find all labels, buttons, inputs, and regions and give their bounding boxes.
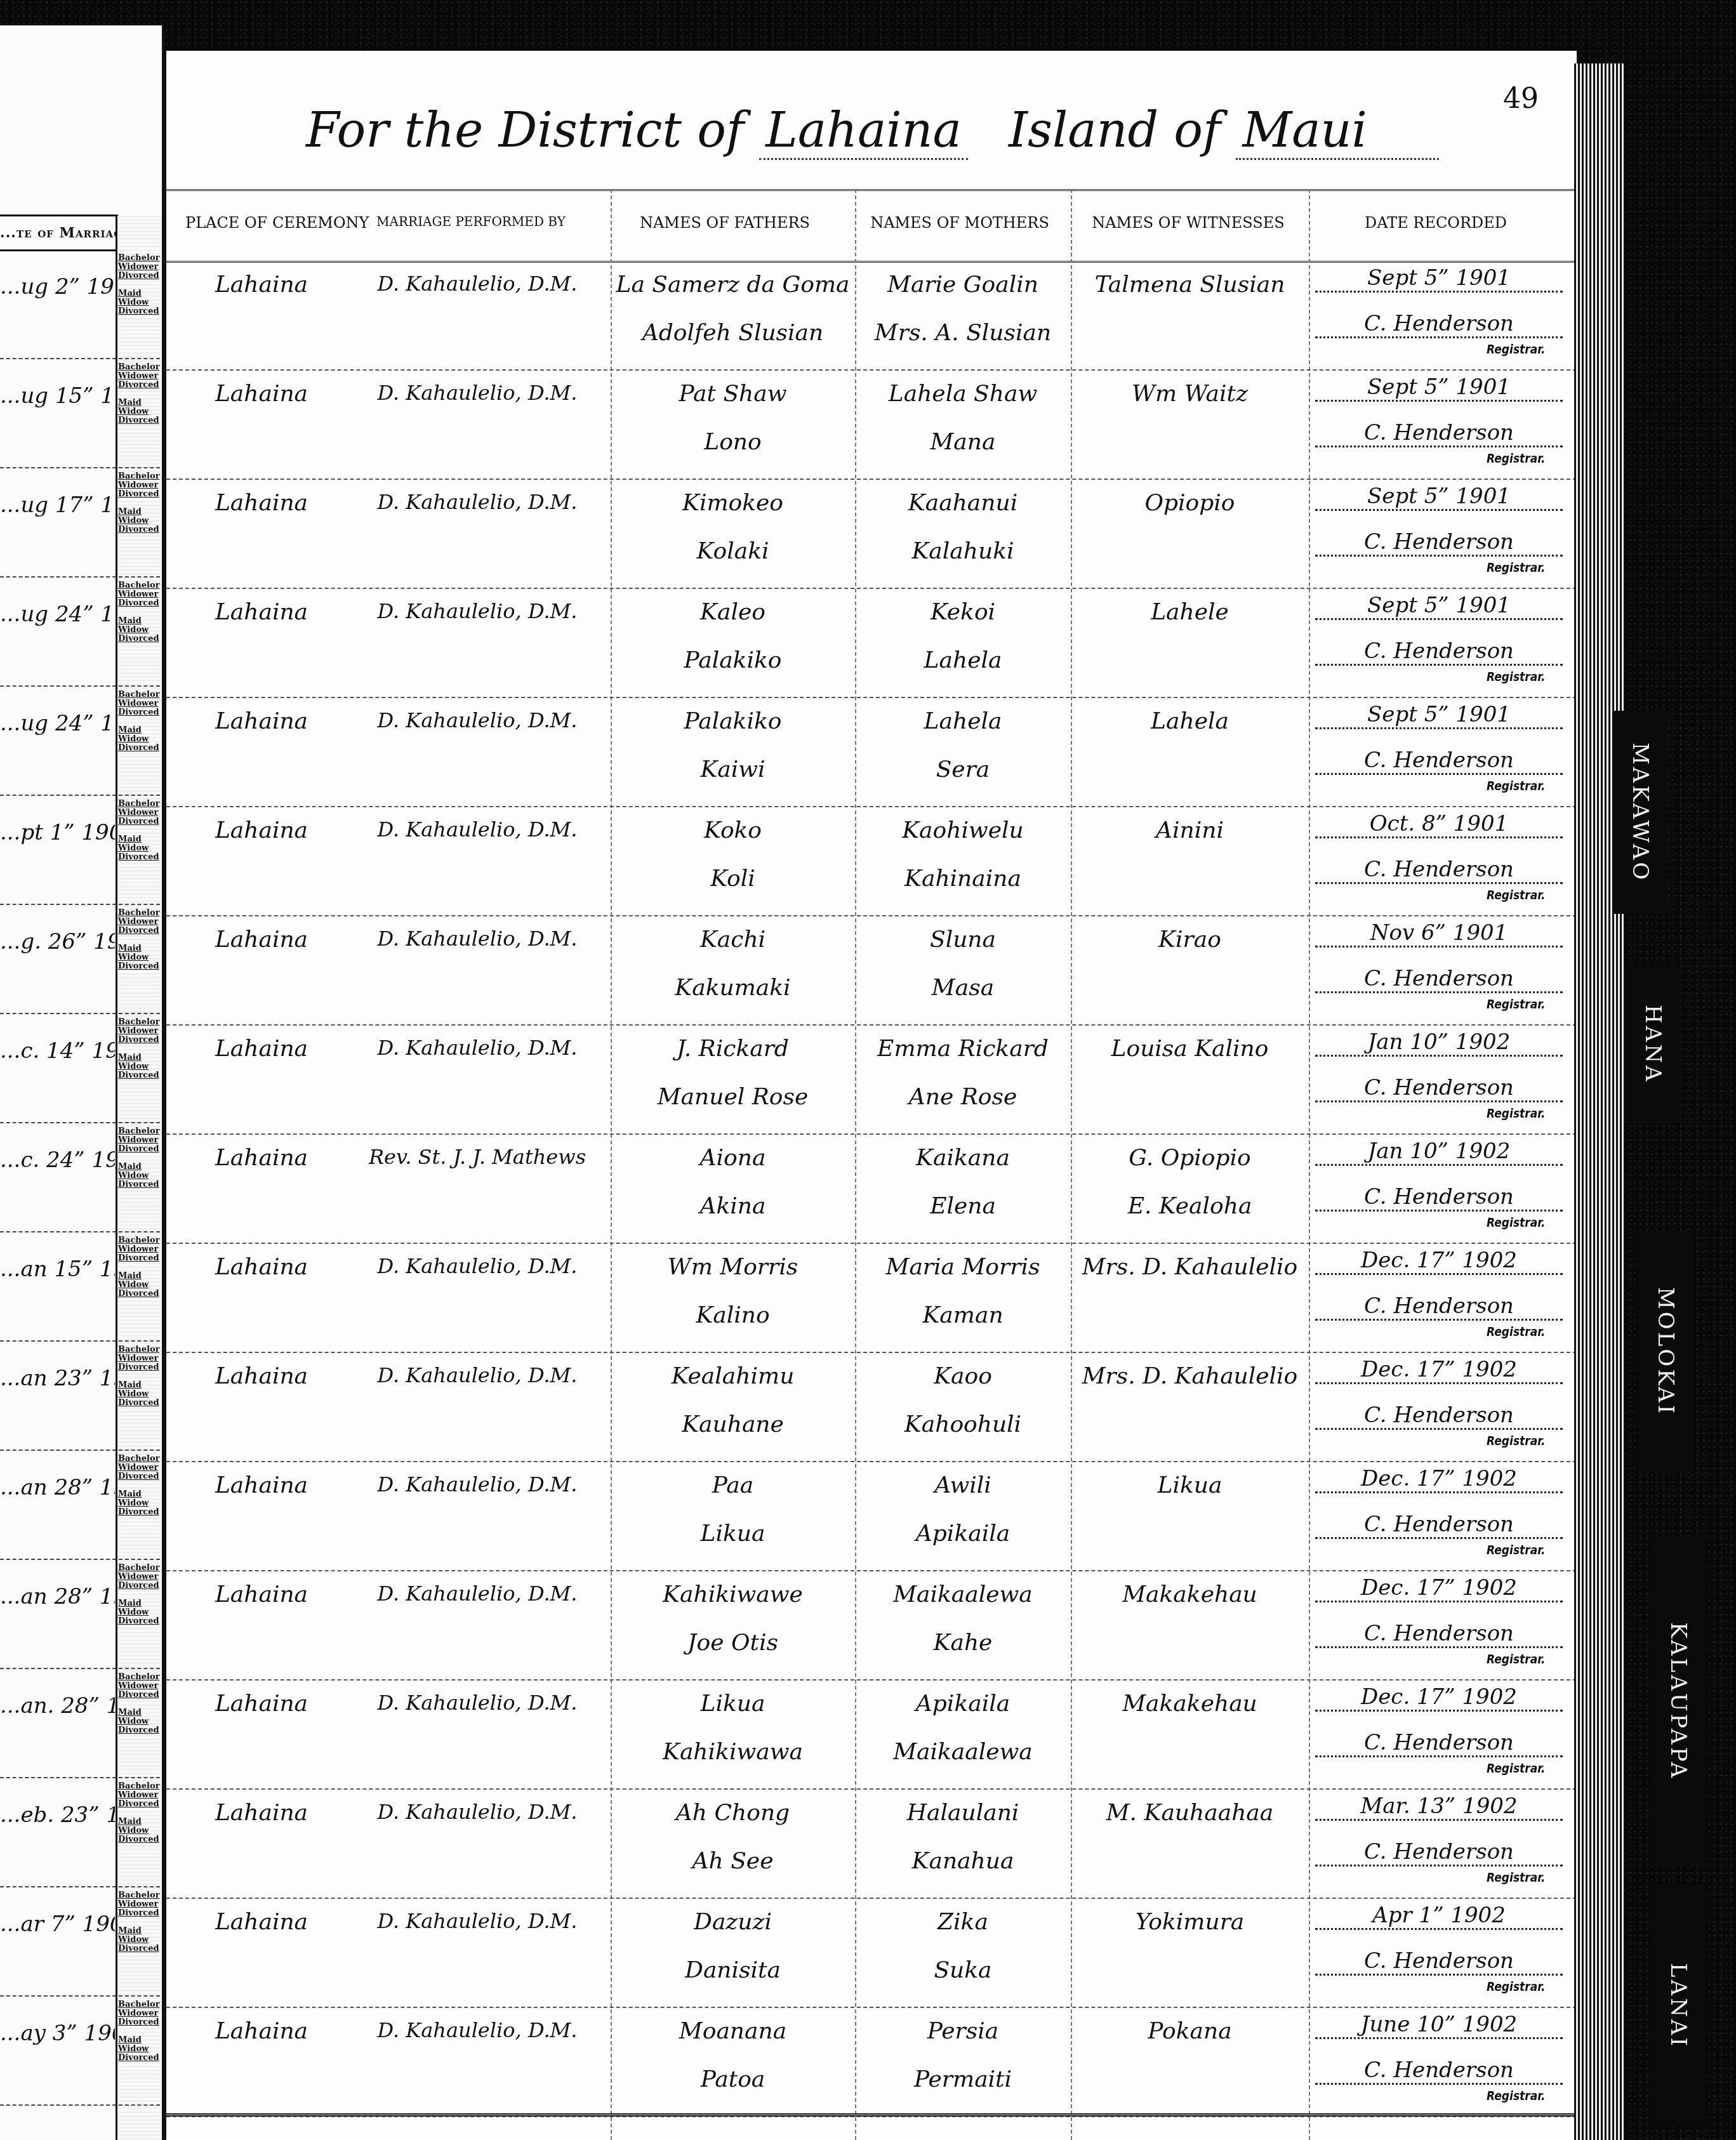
district-tab-lanai[interactable]: LANAI [1650, 1885, 1706, 2126]
groom-status-option: Divorced [118, 708, 159, 717]
registrar-label: Registrar. [1487, 1980, 1545, 1994]
registrar-label: Registrar. [1487, 2089, 1545, 2103]
date-recorded: Dec. 17” 1902 [1315, 1575, 1563, 1602]
spacer [118, 1918, 159, 1927]
witness-name: Kirao [1074, 927, 1306, 953]
left-page-row: ...an. 28” 1902BachelorWidowerDivorcedMa… [0, 1668, 160, 1778]
groom-status-option: Widower [118, 263, 159, 272]
marital-status-labels: BachelorWidowerDivorcedMaidWidowDivorced [118, 1127, 159, 1189]
bride-status-option: Maid [118, 1599, 159, 1608]
spacer [118, 608, 159, 617]
bride-mother-name: Mrs. A. Slusian [858, 320, 1068, 346]
date-recorded: June 10” 1902 [1315, 2012, 1563, 2039]
bride-father-name: Palakiko [614, 647, 852, 673]
district-tab-label: KALAUPAPA [1666, 1622, 1691, 1780]
bride-mother-name: Kanahua [858, 1848, 1068, 1874]
groom-status-option: Widower [118, 918, 159, 927]
groom-status-option: Bachelor [118, 1018, 159, 1027]
page-number: 49 [1503, 83, 1539, 115]
bride-status-option: Maid [118, 1163, 159, 1172]
groom-status-option: Bachelor [118, 254, 159, 263]
date-recorded: Nov 6” 1901 [1315, 920, 1563, 948]
bride-status-option: Divorced [118, 1180, 159, 1189]
groom-father-name: La Samerz da Goma [614, 272, 852, 298]
place-of-ceremony: Lahaina [192, 272, 331, 298]
performed-by: D. Kahaulelio, D.M. [350, 1472, 604, 1496]
performed-by: D. Kahaulelio, D.M. [350, 272, 604, 296]
marriage-date: ...ug 24” 1901 [0, 602, 115, 627]
left-page-row: ...ug 24” 1901BachelorWidowerDivorcedMai… [0, 685, 160, 796]
groom-status-option: Divorced [118, 599, 159, 608]
groom-status-option: Bachelor [118, 2000, 159, 2009]
date-recorded: Jan 10” 1902 [1315, 1029, 1563, 1057]
groom-status-option: Widower [118, 1791, 159, 1800]
groom-father-name: Dazuzi [614, 1909, 852, 1935]
groom-mother-name: Apikaila [858, 1691, 1068, 1717]
bride-status-option: Widow [118, 1390, 159, 1399]
groom-status-option: Divorced [118, 927, 159, 935]
marital-status-labels: BachelorWidowerDivorcedMaidWidowDivorced [118, 1345, 159, 1408]
ledger-row: LahainaD. Kahaulelio, D.M.Pat ShawLonoLa… [166, 369, 1577, 480]
bride-status-option: Widow [118, 1608, 159, 1617]
bride-status-option: Widow [118, 407, 159, 416]
bride-father-name: Likua [614, 1521, 852, 1547]
registrar-label: Registrar. [1487, 670, 1545, 684]
bride-status-option: Divorced [118, 1290, 159, 1298]
ledger-page: For the District of Lahaina Island of Ma… [164, 51, 1577, 2140]
bride-mother-name: Elena [858, 1193, 1068, 1219]
date-recorded: Oct. 8” 1901 [1315, 811, 1563, 838]
groom-status-option: Bachelor [118, 1127, 159, 1136]
registrar-signature: C. Henderson [1315, 748, 1563, 775]
groom-father-name: J. Rickard [614, 1036, 852, 1062]
marriage-date: ...g. 26” 1901 [0, 929, 115, 954]
left-page-row: ...ug 2” 1901BachelorWidowerDivorcedMaid… [0, 249, 160, 359]
groom-status-option: Divorced [118, 381, 159, 390]
marriage-date: ...c. 24” 1901 [0, 1147, 115, 1173]
bride-status-option: Maid [118, 508, 159, 517]
performed-by: D. Kahaulelio, D.M. [350, 708, 604, 732]
bride-mother-name: Mana [858, 429, 1068, 455]
marital-status-labels: BachelorWidowerDivorcedMaidWidowDivorced [118, 690, 159, 753]
witness-name: Wm Waitz [1074, 381, 1306, 407]
groom-status-option: Widower [118, 1463, 159, 1472]
registrar-label: Registrar. [1487, 1434, 1545, 1448]
bride-mother-name: Kalahuki [858, 538, 1068, 564]
witness-name: Opiopio [1074, 490, 1306, 516]
place-of-ceremony: Lahaina [192, 1909, 331, 1935]
bride-status-option: Widow [118, 844, 159, 853]
left-page-row: ...ug 17” 1901BachelorWidowerDivorcedMai… [0, 467, 160, 578]
groom-mother-name: Kaahanui [858, 490, 1068, 516]
bride-status-option: Maid [118, 617, 159, 626]
bride-father-name: Ah See [614, 1848, 852, 1874]
groom-status-option: Widower [118, 1682, 159, 1691]
bride-status-option: Divorced [118, 2054, 159, 2063]
date-recorded: Apr 1” 1902 [1315, 1903, 1563, 1930]
bride-status-option: Divorced [118, 1071, 159, 1080]
registrar-signature: C. Henderson [1315, 966, 1563, 993]
district-tab-kalaupapa[interactable]: KALAUPAPA [1650, 1536, 1706, 1866]
performed-by: Rev. St. J. J. Mathews [350, 1145, 604, 1169]
groom-father-name: Kealahimu [614, 1363, 852, 1389]
bride-father-name: Lono [614, 429, 852, 455]
groom-status-option: Divorced [118, 1254, 159, 1263]
spacer [118, 1590, 159, 1599]
left-page-row: ...c. 24” 1901BachelorWidowerDivorcedMai… [0, 1122, 160, 1232]
marriage-date: ...an 28” 1902 [0, 1584, 115, 1609]
marriage-date: ...ug 17” 1901 [0, 492, 115, 518]
witness-name: Mrs. D. Kahaulelio [1074, 1363, 1306, 1389]
bride-status-option: Widow [118, 1717, 159, 1726]
place-of-ceremony: Lahaina [192, 1472, 331, 1498]
performed-by: D. Kahaulelio, D.M. [350, 490, 604, 514]
registrar-signature: C. Henderson [1315, 1403, 1563, 1430]
place-of-ceremony: Lahaina [192, 817, 331, 843]
bride-status-option: Divorced [118, 1399, 159, 1408]
bride-status-option: Maid [118, 835, 159, 844]
district-tab-label: MOLOKAI [1653, 1287, 1678, 1416]
witness-name: Pokana [1074, 2018, 1306, 2044]
registrar-signature: C. Henderson [1315, 311, 1563, 338]
bride-status-option: Widow [118, 1826, 159, 1835]
marriage-date: ...an. 28” 1902 [0, 1693, 115, 1719]
bride-status-option: Divorced [118, 853, 159, 862]
bride-status-option: Divorced [118, 962, 159, 971]
left-page-row: ...an 15” 1902BachelorWidowerDivorcedMai… [0, 1231, 160, 1342]
groom-status-option: Bachelor [118, 1455, 159, 1463]
left-page-row: ...an 28” 1902BachelorWidowerDivorcedMai… [0, 1559, 160, 1669]
bride-status-option: Divorced [118, 1945, 159, 1953]
witness-name: M. Kauhaahaa [1074, 1800, 1306, 1826]
registrar-signature: C. Henderson [1315, 1621, 1563, 1648]
performed-by: D. Kahaulelio, D.M. [350, 1363, 604, 1387]
witness-name: Mrs. D. Kahaulelio [1074, 1254, 1306, 1280]
marital-status-labels: BachelorWidowerDivorcedMaidWidowDivorced [118, 1891, 159, 1953]
left-page-row: ...ug 15” 1901BachelorWidowerDivorcedMai… [0, 358, 160, 468]
ledger-row: LahainaD. Kahaulelio, D.M.KokoKoliKaohiw… [166, 806, 1577, 916]
performed-by: D. Kahaulelio, D.M. [350, 1691, 604, 1715]
ledger-row: LahainaD. Kahaulelio, D.M.Ah ChongAh See… [166, 1788, 1577, 1899]
groom-mother-name: Emma Rickard [858, 1036, 1068, 1062]
performed-by: D. Kahaulelio, D.M. [350, 817, 604, 842]
groom-status-option: Divorced [118, 1472, 159, 1481]
registrar-signature: C. Henderson [1315, 1839, 1563, 1866]
groom-status-option: Widower [118, 1354, 159, 1363]
place-of-ceremony: Lahaina [192, 927, 331, 953]
header-witnesses: Names of Witnesses [1074, 214, 1302, 232]
place-of-ceremony: Lahaina [192, 1036, 331, 1062]
spacer [118, 935, 159, 944]
spacer [118, 2027, 159, 2036]
bride-mother-name: Permaiti [858, 2066, 1068, 2092]
district-tab-hana[interactable]: HANA [1625, 965, 1681, 1123]
groom-status-option: Bachelor [118, 1564, 159, 1573]
groom-status-option: Bachelor [118, 472, 159, 481]
header-fathers: Names of Fathers [611, 214, 839, 232]
groom-status-option: Bachelor [118, 909, 159, 918]
bride-status-option: Widow [118, 1281, 159, 1290]
registrar-label: Registrar. [1487, 1107, 1545, 1121]
bride-father-name: Kolaki [614, 538, 852, 564]
performed-by: D. Kahaulelio, D.M. [350, 927, 604, 951]
bride-status-option: Maid [118, 1272, 159, 1281]
groom-status-option: Bachelor [118, 1782, 159, 1791]
place-of-ceremony: Lahaina [192, 490, 331, 516]
bride-status-option: Divorced [118, 525, 159, 534]
performed-by: D. Kahaulelio, D.M. [350, 599, 604, 623]
bride-mother-name: Masa [858, 975, 1068, 1001]
bride-status-option: Widow [118, 735, 159, 744]
place-of-ceremony: Lahaina [192, 2018, 331, 2044]
bride-father-name: Kakumaki [614, 975, 852, 1001]
spacer [118, 1809, 159, 1818]
groom-status-option: Widower [118, 1573, 159, 1582]
bride-status-option: Maid [118, 399, 159, 407]
witness-name: Yokimura [1074, 1909, 1306, 1935]
groom-mother-name: Zika [858, 1909, 1068, 1935]
date-recorded: Sept 5” 1901 [1315, 593, 1563, 620]
bride-status-option: Widow [118, 1936, 159, 1945]
place-of-ceremony: Lahaina [192, 1145, 331, 1171]
district-tab-label: HANA [1640, 1005, 1666, 1084]
left-page-row: ...g. 26” 1901BachelorWidowerDivorcedMai… [0, 904, 160, 1014]
district-tab-molokai[interactable]: MOLOKAI [1638, 1231, 1693, 1472]
marital-status-labels: BachelorWidowerDivorcedMaidWidowDivorced [118, 909, 159, 971]
spacer [118, 281, 159, 289]
bride-status-option: Widow [118, 298, 159, 307]
bride-status-option: Divorced [118, 1726, 159, 1735]
bride-status-option: Maid [118, 2036, 159, 2045]
registrar-label: Registrar. [1487, 998, 1545, 1012]
left-page-row: ...an 23” 1902BachelorWidowerDivorcedMai… [0, 1340, 160, 1451]
groom-status-option: Divorced [118, 1145, 159, 1154]
ledger-row: LahainaD. Kahaulelio, D.M.KealahimuKauha… [166, 1352, 1577, 1462]
bride-status-option: Maid [118, 726, 159, 735]
bride-father-name: Kahikiwawa [614, 1739, 852, 1765]
bride-father-name: Kalino [614, 1302, 852, 1328]
marriage-date: ...pt 1” 1901 [0, 820, 115, 845]
performed-by: D. Kahaulelio, D.M. [350, 2018, 604, 2042]
groom-status-option: Widower [118, 1245, 159, 1254]
ledger-row: LahainaD. Kahaulelio, D.M.KachiKakumakiS… [166, 915, 1577, 1026]
groom-status-option: Divorced [118, 1691, 159, 1700]
groom-mother-name: Lahela Shaw [858, 381, 1068, 407]
registrar-signature: C. Henderson [1315, 638, 1563, 666]
marital-status-labels: BachelorWidowerDivorcedMaidWidowDivorced [118, 1564, 159, 1626]
witness-name: Likua [1074, 1472, 1306, 1498]
ledger-row: LahainaD. Kahaulelio, D.M.PaaLikuaAwiliA… [166, 1461, 1577, 1571]
groom-mother-name: Maikaalewa [858, 1582, 1068, 1608]
date-recorded: Dec. 17” 1902 [1315, 1357, 1563, 1384]
registrar-label: Registrar. [1487, 343, 1545, 357]
groom-mother-name: Halaulani [858, 1800, 1068, 1826]
date-recorded: Sept 5” 1901 [1315, 265, 1563, 293]
groom-mother-name: Kekoi [858, 599, 1068, 625]
left-page-row: ...ay 3” 1902BachelorWidowerDivorcedMaid… [0, 1995, 160, 2106]
groom-status-option: Widower [118, 481, 159, 490]
groom-status-option: Bachelor [118, 1673, 159, 1682]
groom-status-option: Bachelor [118, 1891, 159, 1900]
page-edges [1574, 63, 1625, 2140]
marriage-date: ...eb. 23” 1902 [0, 1802, 115, 1828]
district-tab-label: MAKAWAO [1627, 743, 1653, 882]
bride-status-option: Widow [118, 626, 159, 635]
date-recorded: Sept 5” 1901 [1315, 484, 1563, 511]
marriage-date: ...an 23” 1902 [0, 1366, 115, 1391]
groom-status-option: Divorced [118, 1909, 159, 1918]
performed-by: D. Kahaulelio, D.M. [350, 1909, 604, 1933]
performed-by: D. Kahaulelio, D.M. [350, 1036, 604, 1060]
bride-father-name: Danisita [614, 1957, 852, 1983]
bride-mother-name: Sera [858, 756, 1068, 783]
performed-by: D. Kahaulelio, D.M. [350, 381, 604, 405]
bride-status-option: Widow [118, 2045, 159, 2054]
header-date-recorded: Date Recorded [1322, 214, 1550, 232]
witness-name: Lahela [1074, 708, 1306, 734]
groom-mother-name: Awili [858, 1472, 1068, 1498]
groom-father-name: Kachi [614, 927, 852, 953]
registrar-label: Registrar. [1487, 1543, 1545, 1557]
header-mothers: Names of Mothers [852, 214, 1068, 232]
groom-mother-name: Maria Morris [858, 1254, 1068, 1280]
marital-status-labels: BachelorWidowerDivorcedMaidWidowDivorced [118, 1673, 159, 1735]
marriage-date: ...ug 2” 1901 [0, 274, 115, 300]
groom-status-option: Divorced [118, 1582, 159, 1590]
place-of-ceremony: Lahaina [192, 708, 331, 734]
groom-status-option: Widower [118, 372, 159, 381]
groom-father-name: Kimokeo [614, 490, 852, 516]
groom-status-option: Divorced [118, 2018, 159, 2027]
groom-status-option: Bachelor [118, 363, 159, 372]
bride-status-option: Maid [118, 1053, 159, 1062]
ledger-row: LahainaRev. St. J. J. MathewsAionaAkinaK… [166, 1133, 1577, 1244]
bottom-rule [166, 2113, 1577, 2117]
marital-status-labels: BachelorWidowerDivorcedMaidWidowDivorced [118, 1018, 159, 1080]
witness-name: Makakehau [1074, 1582, 1306, 1608]
groom-mother-name: Kaohiwelu [858, 817, 1068, 843]
spacer [118, 1372, 159, 1381]
spacer [118, 1700, 159, 1708]
registrar-label: Registrar. [1487, 1871, 1545, 1885]
marital-status-labels: BachelorWidowerDivorcedMaidWidowDivorced [118, 2000, 159, 2063]
witness-name: Talmena Slusian [1074, 272, 1306, 298]
marriage-date: ...an 15” 1902 [0, 1257, 115, 1282]
groom-father-name: Aiona [614, 1145, 852, 1171]
place-of-ceremony: Lahaina [192, 1582, 331, 1608]
registrar-label: Registrar. [1487, 1325, 1545, 1339]
registrar-signature: C. Henderson [1315, 2057, 1563, 2085]
bride-father-name: Patoa [614, 2066, 852, 2092]
groom-status-option: Divorced [118, 272, 159, 281]
column-headers: Place of Ceremony Marriage Performed by … [166, 189, 1577, 263]
left-page-row: ...ar 7” 1902BachelorWidowerDivorcedMaid… [0, 1886, 160, 1997]
groom-status-option: Divorced [118, 1036, 159, 1045]
bride-father-name: Manuel Rose [614, 1084, 852, 1110]
registrar-label: Registrar. [1487, 888, 1545, 902]
bride-status-option: Divorced [118, 307, 159, 316]
groom-status-option: Divorced [118, 817, 159, 826]
marriage-date: ...ar 7” 1902 [0, 1912, 115, 1937]
bride-status-option: Maid [118, 1708, 159, 1717]
registrar-signature: C. Henderson [1315, 1512, 1563, 1539]
district-tab-label: LANAI [1666, 1963, 1691, 2049]
groom-status-option: Bachelor [118, 800, 159, 809]
bride-status-option: Maid [118, 944, 159, 953]
groom-mother-name: Sluna [858, 927, 1068, 953]
date-recorded: Dec. 17” 1902 [1315, 1466, 1563, 1493]
bride-father-name: Kauhane [614, 1411, 852, 1437]
groom-status-option: Widower [118, 699, 159, 708]
bride-status-option: Divorced [118, 635, 159, 644]
performed-by: D. Kahaulelio, D.M. [350, 1254, 604, 1278]
marriage-date: ...ug 24” 1901 [0, 711, 115, 736]
registrar-signature: C. Henderson [1315, 1948, 1563, 1976]
registrar-label: Registrar. [1487, 1762, 1545, 1776]
groom-status-option: Divorced [118, 490, 159, 499]
place-of-ceremony: Lahaina [192, 1800, 331, 1826]
performed-by: D. Kahaulelio, D.M. [350, 1582, 604, 1606]
district-tab-makawao[interactable]: MAKAWAO [1612, 711, 1668, 914]
ledger-row: LahainaD. Kahaulelio, D.M.J. RickardManu… [166, 1024, 1577, 1135]
bride-mother-name: Kahoohuli [858, 1411, 1068, 1437]
ledger-row: LahainaD. Kahaulelio, D.M.Wm MorrisKalin… [166, 1243, 1577, 1353]
groom-father-name: Wm Morris [614, 1254, 852, 1280]
bride-status-option: Divorced [118, 416, 159, 425]
groom-status-option: Divorced [118, 1800, 159, 1809]
marital-status-labels: BachelorWidowerDivorcedMaidWidowDivorced [118, 581, 159, 644]
marital-status-labels: BachelorWidowerDivorcedMaidWidowDivorced [118, 254, 159, 316]
marital-status-labels: BachelorWidowerDivorcedMaidWidowDivorced [118, 363, 159, 425]
place-of-ceremony: Lahaina [192, 381, 331, 407]
marital-status-labels: BachelorWidowerDivorcedMaidWidowDivorced [118, 1782, 159, 1844]
bride-mother-name: Lahela [858, 647, 1068, 673]
groom-father-name: Kaleo [614, 599, 852, 625]
place-of-ceremony: Lahaina [192, 599, 331, 625]
bride-status-option: Maid [118, 1490, 159, 1499]
groom-father-name: Pat Shaw [614, 381, 852, 407]
groom-mother-name: Lahela [858, 708, 1068, 734]
place-of-ceremony: Lahaina [192, 1691, 331, 1717]
left-facing-page: ...te of Marriage ...ug 2” 1901BachelorW… [0, 25, 164, 2140]
performed-by: D. Kahaulelio, D.M. [350, 1800, 604, 1824]
groom-status-option: Widower [118, 1027, 159, 1036]
bride-status-option: Widow [118, 1499, 159, 1508]
groom-status-option: Bachelor [118, 690, 159, 699]
ledger-row: LahainaD. Kahaulelio, D.M.La Samerz da G… [166, 260, 1577, 371]
bride-father-name: Adolfeh Slusian [614, 320, 852, 346]
ledger-row: LahainaD. Kahaulelio, D.M.MoananaPatoaPe… [166, 2007, 1577, 2117]
marriage-date: ...c. 14” 1901 [0, 1038, 115, 1064]
groom-mother-name: Kaikana [858, 1145, 1068, 1171]
registrar-signature: C. Henderson [1315, 420, 1563, 447]
groom-father-name: Likua [614, 1691, 852, 1717]
registrar-label: Registrar. [1487, 1216, 1545, 1230]
left-page-row: ...c. 14” 1901BachelorWidowerDivorcedMai… [0, 1013, 160, 1123]
ledger-row: LahainaD. Kahaulelio, D.M.KaleoPalakikoK… [166, 588, 1577, 698]
bride-status-option: Widow [118, 517, 159, 525]
spacer [118, 499, 159, 508]
bride-mother-name: Ane Rose [858, 1084, 1068, 1110]
island-name: Maui [1236, 102, 1439, 160]
registrar-signature: C. Henderson [1315, 857, 1563, 884]
registrar-label: Registrar. [1487, 779, 1545, 793]
groom-status-option: Widower [118, 809, 159, 817]
bride-mother-name: Kahe [858, 1630, 1068, 1656]
bride-status-option: Widow [118, 953, 159, 962]
bride-father-name: Akina [614, 1193, 852, 1219]
groom-status-option: Widower [118, 1900, 159, 1909]
